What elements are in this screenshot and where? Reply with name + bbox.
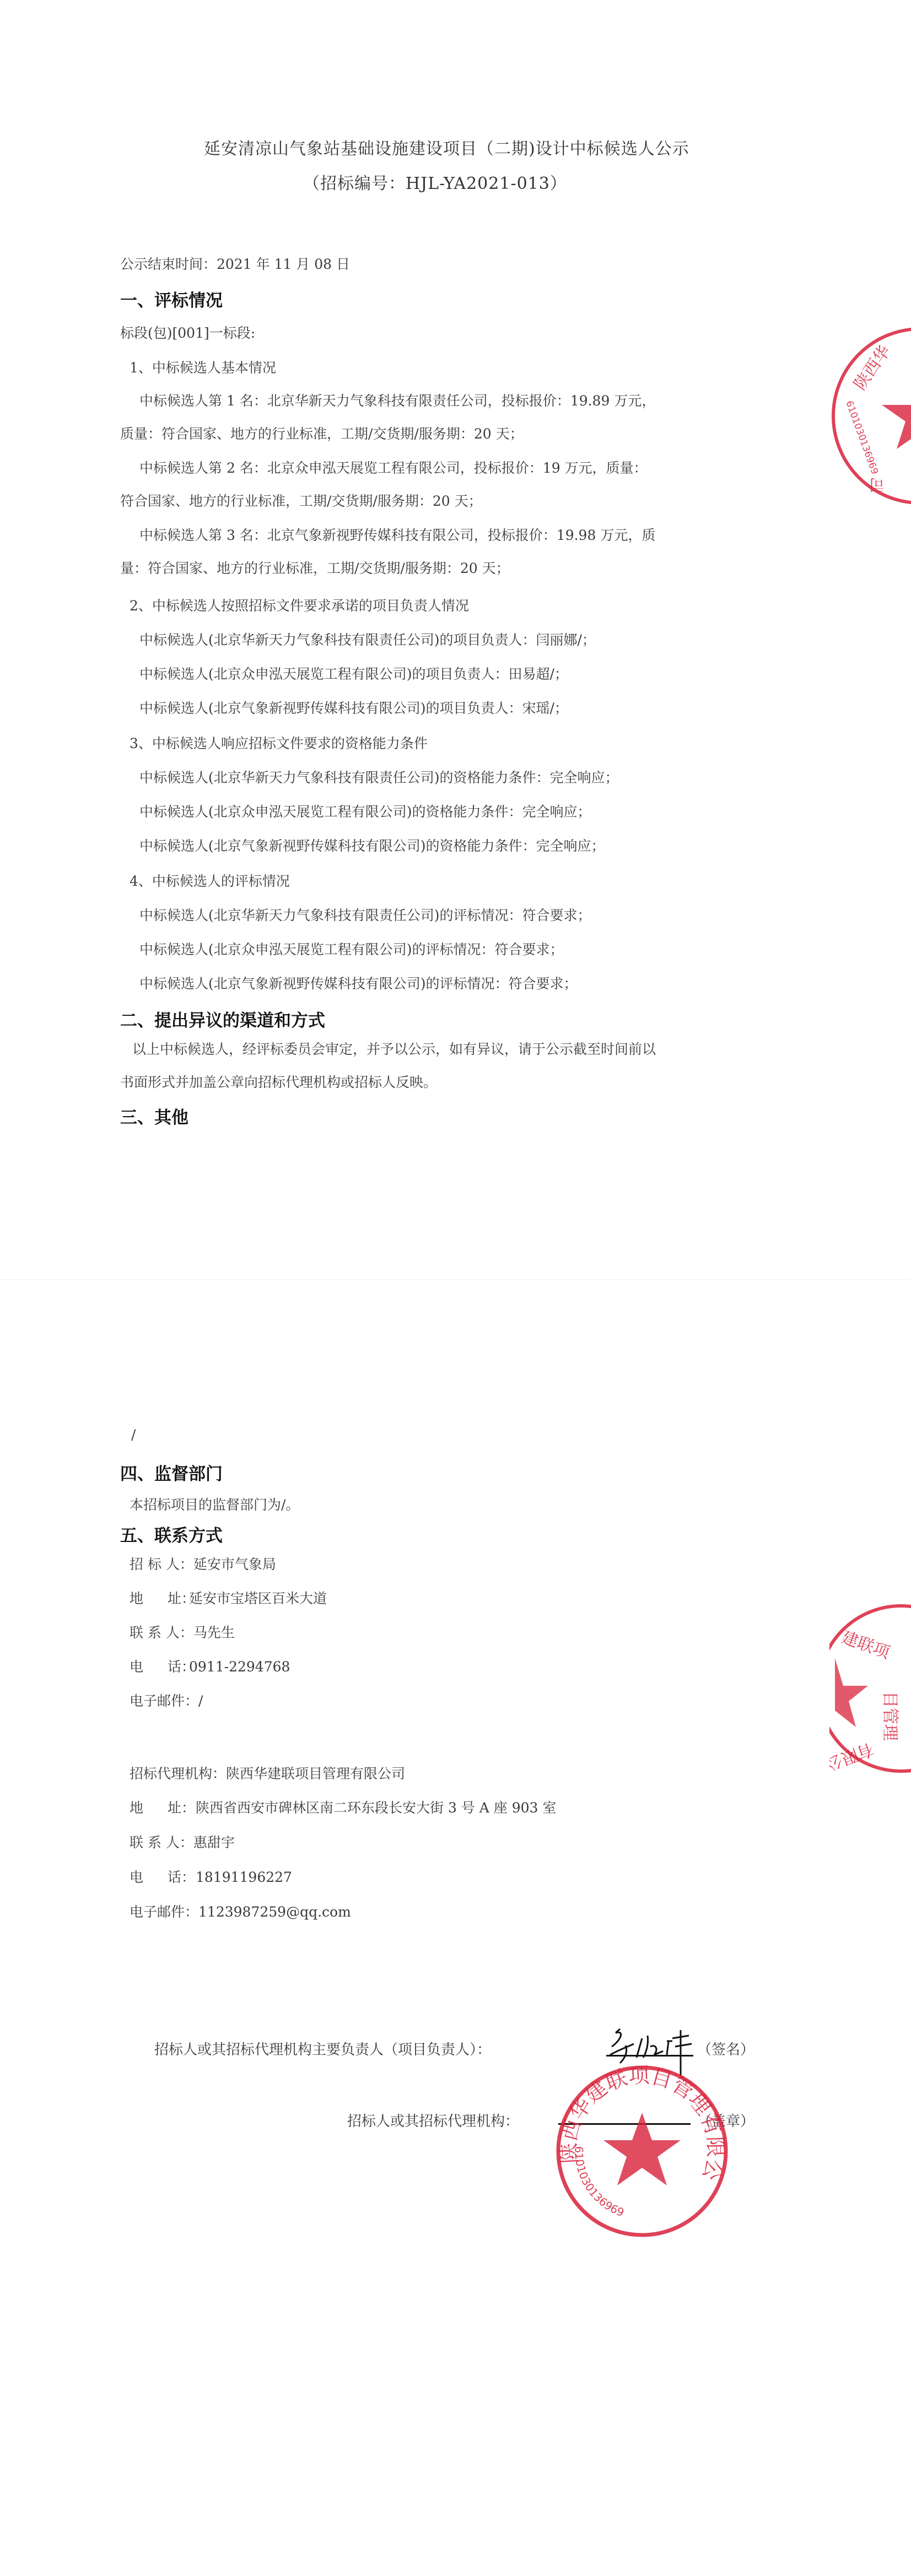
agency-phone-row: 电话：18191196227 <box>130 1866 292 1886</box>
tenderer-email: / <box>198 1693 203 1709</box>
responsible-person-label: 招标人或其招标代理机构主要负责人（项目负责人）： <box>154 2038 491 2059</box>
qualification-line: 中标候选人(北京众申泓天展览工程有限公司)的资格能力条件：完全响应； <box>139 801 591 821</box>
candidate-line: 符合国家、地方的行业标准，工期/交货期/服务期：20 天； <box>120 490 482 510</box>
agency-name-row: 招标代理机构：陕西华建联项目管理有限公司 <box>130 1763 405 1783</box>
tenderer-contact: 马先生 <box>193 1625 235 1641</box>
supervision-line: 本招标项目的监督部门为/。 <box>130 1494 299 1514</box>
contact-label: 联 系 人： <box>130 1834 193 1850</box>
document-title: 延安清凉山气象站基础设施建设项目（二期)设计中标候选人公示 <box>204 135 689 159</box>
tenderer-address-row: 地址：延安市宝塔区百米大道 <box>130 1588 327 1608</box>
organization-label: 招标人或其招标代理机构： <box>347 2110 519 2130</box>
svg-text:有限公: 有限公 <box>829 1739 876 1774</box>
manager-line: 中标候选人(北京华新天力气象科技有限责任公司)的项目负责人：闫丽娜/； <box>139 629 596 649</box>
section-1-heading: 一、评标情况 <box>120 286 223 311</box>
email-label: 电子邮件： <box>130 1904 198 1920</box>
phone-label: 电话： <box>130 1866 196 1886</box>
agency-address-row: 地址：陕西省西安市碑林区南二环东段长安大街 3 号 A 座 903 室 <box>130 1797 556 1817</box>
objection-line: 以上中标候选人，经评标委员会审定，并予以公示，如有异议，请于公示截至时间前以 <box>132 1038 656 1058</box>
candidate-line: 中标候选人第 2 名：北京众申泓天展览工程有限公司，投标报价：19 万元，质量： <box>139 457 648 477</box>
agency-phone: 18191196227 <box>196 1869 292 1885</box>
candidate-line: 中标候选人第 3 名：北京气象新视野传媒科技有限公司，投标报价：19.98 万元… <box>139 524 655 544</box>
page-break <box>0 1279 911 1280</box>
svg-text:司: 司 <box>869 475 885 494</box>
candidate-line: 质量：符合国家、地方的行业标准，工期/交货期/服务期：20 天； <box>120 423 524 443</box>
evaluation-line: 中标候选人(北京华新天力气象科技有限责任公司)的评标情况：符合要求； <box>139 905 591 924</box>
tenderer-phone: 0911-2294768 <box>189 1659 290 1675</box>
signature-suffix: （签名） <box>697 2038 754 2059</box>
address-label: 地址： <box>130 1588 196 1608</box>
company-seal: 陕西华建联项目管理有限公司 6101030136969 <box>554 2063 730 2239</box>
tenderer-contact-row: 联 系 人：马先生 <box>130 1622 235 1642</box>
lot-label: 标段(包)[001]一标段: <box>120 322 255 342</box>
svg-text:目管理: 目管理 <box>880 1691 899 1741</box>
section-3-content: / <box>131 1427 136 1443</box>
publicity-end-time: 公示结束时间：2021 年 11 月 08 日 <box>120 253 350 273</box>
tenderer-address: 延安市宝塔区百米大道 <box>189 1590 327 1606</box>
tenderer-name: 延安市气象局 <box>193 1556 276 1572</box>
agency-address: 陕西省西安市碑林区南二环东段长安大街 3 号 A 座 903 室 <box>196 1800 556 1816</box>
candidate-line: 中标候选人第 1 名：北京华新天力气象科技有限责任公司，投标报价：19.89 万… <box>139 390 655 410</box>
evaluation-line: 中标候选人(北京气象新视野传媒科技有限公司)的评标情况：符合要求； <box>139 973 578 993</box>
svg-text:建联项: 建联项 <box>839 1628 892 1663</box>
candidate-line: 量：符合国家、地方的行业标准，工期/交货期/服务期：20 天； <box>120 558 510 577</box>
agency-name: 陕西华建联项目管理有限公司 <box>226 1766 405 1782</box>
manager-line: 中标候选人(北京气象新视野传媒科技有限公司)的项目负责人：宋瑶/； <box>139 697 568 717</box>
qualification-line: 中标候选人(北京华新天力气象科技有限责任公司)的资格能力条件：完全响应； <box>139 767 619 787</box>
sub-3-heading: 3、中标候选人响应招标文件要求的资格能力条件 <box>130 733 428 753</box>
manager-line: 中标候选人(北京众申泓天展览工程有限公司)的项目负责人：田易超/； <box>139 663 568 683</box>
agency-email-row: 电子邮件：1123987259@qq.com <box>130 1901 351 1921</box>
contact-label: 联 系 人： <box>130 1625 193 1641</box>
tenderer-phone-row: 电话：0911-2294768 <box>130 1656 290 1676</box>
svg-text:陕西华: 陕西华 <box>850 342 894 394</box>
section-4-heading: 四、监督部门 <box>120 1460 223 1485</box>
sub-4-heading: 4、中标候选人的评标情况 <box>130 870 290 890</box>
agency-email: 1123987259@qq.com <box>198 1904 351 1920</box>
agency-contact: 惠甜宇 <box>193 1834 235 1850</box>
section-3-heading: 三、其他 <box>120 1103 188 1128</box>
objection-line: 书面形式并加盖公章向招标代理机构或招标人反映。 <box>120 1071 437 1091</box>
tenderer-email-row: 电子邮件：/ <box>130 1690 203 1710</box>
evaluation-line: 中标候选人(北京众申泓天展览工程有限公司)的评标情况：符合要求； <box>139 939 564 959</box>
section-5-heading: 五、联系方式 <box>120 1522 223 1546</box>
sub-1-heading: 1、中标候选人基本情况 <box>130 357 276 377</box>
section-2-heading: 二、提出异议的渠道和方式 <box>120 1006 325 1031</box>
sub-2-heading: 2、中标候选人按照招标文件要求承诺的项目负责人情况 <box>130 595 469 615</box>
phone-label: 电话： <box>130 1656 196 1676</box>
agency-contact-row: 联 系 人：惠甜宇 <box>130 1832 235 1852</box>
tenderer-name-label: 招 标 人： <box>130 1556 193 1572</box>
qualification-line: 中标候选人(北京气象新视野传媒科技有限公司)的资格能力条件：完全响应； <box>139 835 605 855</box>
address-label: 地址： <box>130 1797 196 1817</box>
company-seal-partial-top: 陕西华 6101030136969 司 <box>829 325 911 507</box>
agency-name-label: 招标代理机构： <box>130 1766 226 1782</box>
email-label: 电子邮件： <box>130 1693 198 1709</box>
company-seal-partial-middle: 建联项 目管理 有限公 <box>829 1598 911 1779</box>
tenderer-name-row: 招 标 人：延安市气象局 <box>130 1554 276 1573</box>
tender-number: （招标编号：HJL-YA2021-013） <box>303 170 567 194</box>
